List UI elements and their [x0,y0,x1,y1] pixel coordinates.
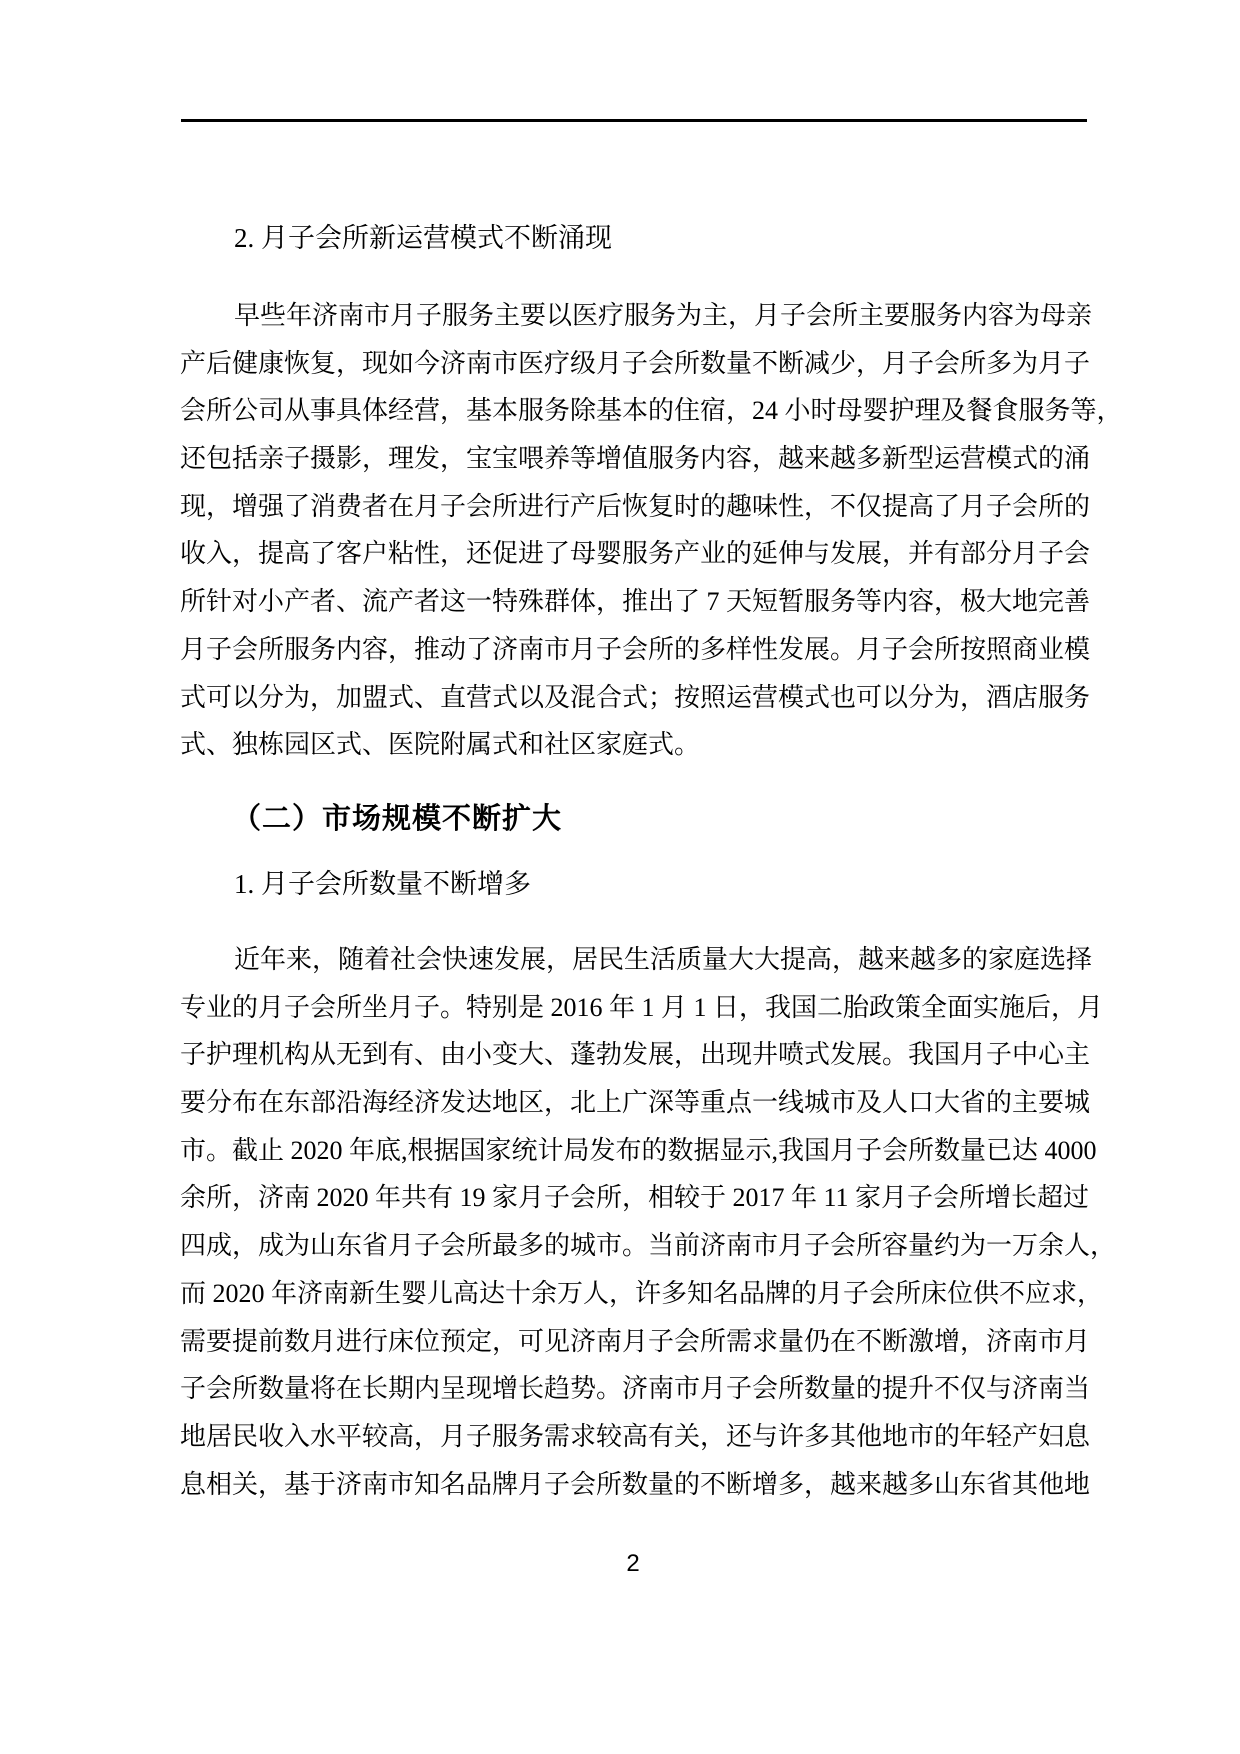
text-line: 早些年济南市月子服务主要以医疗服务为主，月子会所主要服务内容为母亲 [180,292,1086,340]
text-line: 子会所数量将在长期内呈现增长趋势。济南市月子会所数量的提升不仅与济南当 [180,1365,1086,1413]
text-line: 专业的月子会所坐月子。特别是 2016 年 1 月 1 日，我国二胎政策全面实施… [180,984,1086,1032]
text-line: 而 2020 年济南新生婴儿高达十余万人，许多知名品牌的月子会所床位供不应求， [180,1270,1086,1318]
text-line: 需要提前数月进行床位预定，可见济南月子会所需求量仍在不断激增，济南市月 [180,1318,1086,1366]
text-line: 子护理机构从无到有、由小变大、蓬勃发展，出现井喷式发展。我国月子中心主 [180,1031,1086,1079]
document-page: 2. 月子会所新运营模式不断涌现 早些年济南市月子服务主要以医疗服务为主，月子会… [0,0,1240,1754]
text-line: 会所公司从事具体经营，基本服务除基本的住宿，24 小时母婴护理及餐食服务等， [180,387,1086,435]
header-divider-rule [181,119,1087,122]
numbered-subheading-1: 1. 月子会所数量不断增多 [180,866,1086,902]
text-line: 现，增强了消费者在月子会所进行产后恢复时的趣味性，不仅提高了月子会所的 [180,483,1086,531]
text-line: 式可以分为，加盟式、直营式以及混合式；按照运营模式也可以分为，酒店服务 [180,674,1086,722]
text-line: 还包括亲子摄影，理发，宝宝喂养等增值服务内容，越来越多新型运营模式的涌 [180,435,1086,483]
text-line: 收入，提高了客户粘性，还促进了母婴服务产业的延伸与发展，并有部分月子会 [180,530,1086,578]
text-line: 所针对小产者、流产者这一特殊群体，推出了 7 天短暂服务等内容，极大地完善 [180,578,1086,626]
text-line: 地居民收入水平较高，月子服务需求较高有关，还与许多其他地市的年轻产妇息 [180,1413,1086,1461]
text-line: 四成，成为山东省月子会所最多的城市。当前济南市月子会所容量约为一万余人， [180,1222,1086,1270]
page-number: 2 [180,1548,1086,1580]
section-heading-market-scale: （二）市场规模不断扩大 [180,800,1086,838]
paragraph-operating-modes: 早些年济南市月子服务主要以医疗服务为主，月子会所主要服务内容为母亲产后健康恢复，… [180,292,1086,769]
text-line: 市。截止 2020 年底,根据国家统计局发布的数据显示,我国月子会所数量已达 4… [180,1127,1086,1175]
text-line: 要分布在东部沿海经济发达地区，北上广深等重点一线城市及人口大省的主要城 [180,1079,1086,1127]
text-line: 月子会所服务内容，推动了济南市月子会所的多样性发展。月子会所按照商业模 [180,626,1086,674]
numbered-subheading-2: 2. 月子会所新运营模式不断涌现 [180,220,1086,256]
text-line: 产后健康恢复，现如今济南市医疗级月子会所数量不断减少，月子会所多为月子 [180,340,1086,388]
text-line: 余所，济南 2020 年共有 19 家月子会所，相较于 2017 年 11 家月… [180,1174,1086,1222]
text-line: 息相关，基于济南市知名品牌月子会所数量的不断增多，越来越多山东省其他地 [180,1461,1086,1509]
text-line: 近年来，随着社会快速发展，居民生活质量大大提高，越来越多的家庭选择 [180,936,1086,984]
paragraph-club-growth: 近年来，随着社会快速发展，居民生活质量大大提高，越来越多的家庭选择专业的月子会所… [180,936,1086,1508]
text-line: 式、独栋园区式、医院附属式和社区家庭式。 [180,721,1086,769]
